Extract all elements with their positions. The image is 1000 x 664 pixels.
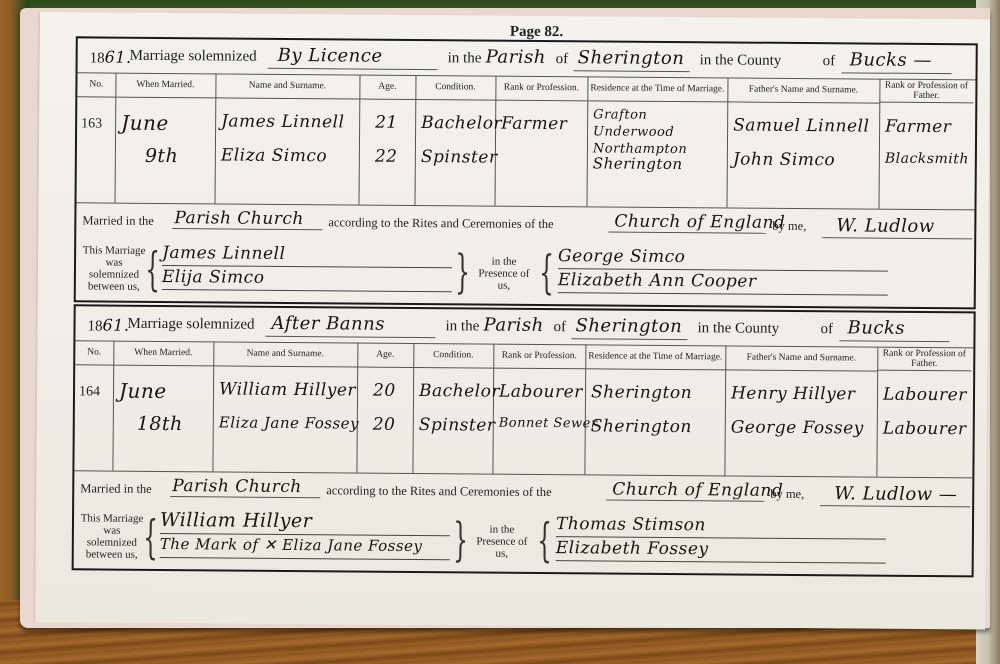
marriage-entry-163: 1861. Marriage solemnized By Licence in … <box>74 36 978 309</box>
date-day: 9th <box>145 145 213 168</box>
church-denomination: Church of England <box>612 480 783 501</box>
signatures-block: This Marriage was solemnized between us,… <box>74 506 972 573</box>
groom-age: 21 <box>375 113 413 133</box>
bride-father-rank: Blacksmith <box>885 151 971 168</box>
married-in-place: Parish Church <box>174 208 304 229</box>
marriage-entry-164: 1861. Marriage solemnized After Banns in… <box>72 304 976 577</box>
page-number: Page 82. <box>510 24 563 41</box>
groom-residence: Sherington <box>591 382 723 403</box>
parish-name: Sherington <box>575 315 682 337</box>
witness-2-signature: Elizabeth Fossey <box>556 538 709 559</box>
bride-age: 22 <box>375 147 413 167</box>
bride-father-rank: Labourer <box>883 419 969 440</box>
parish-name: Sherington <box>578 47 685 69</box>
groom-condition: Bachelor <box>421 113 493 134</box>
groom-father: Samuel Linnell <box>733 115 877 136</box>
bride-residence: Sherington <box>591 416 723 437</box>
county-name: Bucks <box>847 317 905 338</box>
officiant-signature: W. Ludlow <box>836 215 935 237</box>
bride-signature: The Mark of ✕ Eliza Jane Fossey <box>160 535 423 555</box>
groom-rank: Farmer <box>501 114 585 135</box>
groom-age: 20 <box>373 381 411 401</box>
entry-table: No. 163 When Married. June 9th Name and … <box>77 72 976 209</box>
witness-1-signature: George Simco <box>558 246 685 267</box>
date-month: June <box>119 379 211 404</box>
church-denomination: Church of England <box>614 212 785 233</box>
married-in-row: Married in the Parish Church according t… <box>74 470 972 512</box>
bride-condition: Spinster <box>421 147 493 168</box>
bride-name: Eliza Jane Fossey <box>219 413 355 432</box>
signatures-block: This Marriage was solemnized between us,… <box>76 238 974 305</box>
year-suffix: 61. <box>105 48 132 67</box>
bride-father: George Fossey <box>731 417 875 438</box>
witness-2-signature: Elizabeth Ann Cooper <box>558 270 757 292</box>
place-type: Parish <box>486 47 546 68</box>
bride-age: 20 <box>373 415 411 435</box>
bride-father: John Simco <box>733 149 877 170</box>
bride-signature: Elija Simco <box>162 267 265 288</box>
bride-rank <box>501 148 585 149</box>
officiant-signature: W. Ludlow — <box>834 483 957 505</box>
groom-name: James Linnell <box>221 111 357 132</box>
groom-signature: James Linnell <box>162 243 285 264</box>
groom-signature: William Hillyer <box>160 509 312 532</box>
bride-residence: Sherington <box>593 154 725 173</box>
groom-father-rank: Farmer <box>885 117 971 138</box>
groom-name: William Hillyer <box>219 379 355 400</box>
place-type: Parish <box>483 315 543 336</box>
date-month: June <box>121 111 213 136</box>
witness-1-signature: Thomas Stimson <box>556 514 706 535</box>
groom-father-rank: Labourer <box>883 385 969 406</box>
entry-table: No. 164 When Married. June 18th Name and… <box>74 340 973 477</box>
county-name: Bucks — <box>850 49 932 71</box>
groom-rank: Labourer <box>499 382 583 403</box>
bride-name: Eliza Simco <box>221 145 357 166</box>
married-in-place: Parish Church <box>172 476 302 497</box>
date-day: 18th <box>137 413 211 436</box>
entry-number: 164 <box>79 384 100 400</box>
bride-rank: Bonnet Sewer <box>499 416 583 432</box>
groom-father: Henry Hillyer <box>731 383 875 404</box>
married-in-row: Married in the Parish Church according t… <box>76 202 974 244</box>
groom-residence: Grafton Underwood Northampton <box>593 106 723 158</box>
register-page: Page 82. 1861. Marriage solemnized By Li… <box>33 12 990 629</box>
entry-number: 163 <box>81 116 102 132</box>
bride-condition: Spinster <box>419 415 491 436</box>
year-suffix: 61. <box>102 316 129 335</box>
groom-condition: Bachelor <box>419 381 491 402</box>
solemnized-method: After Banns <box>271 313 385 335</box>
solemnized-method: By Licence <box>278 45 383 67</box>
